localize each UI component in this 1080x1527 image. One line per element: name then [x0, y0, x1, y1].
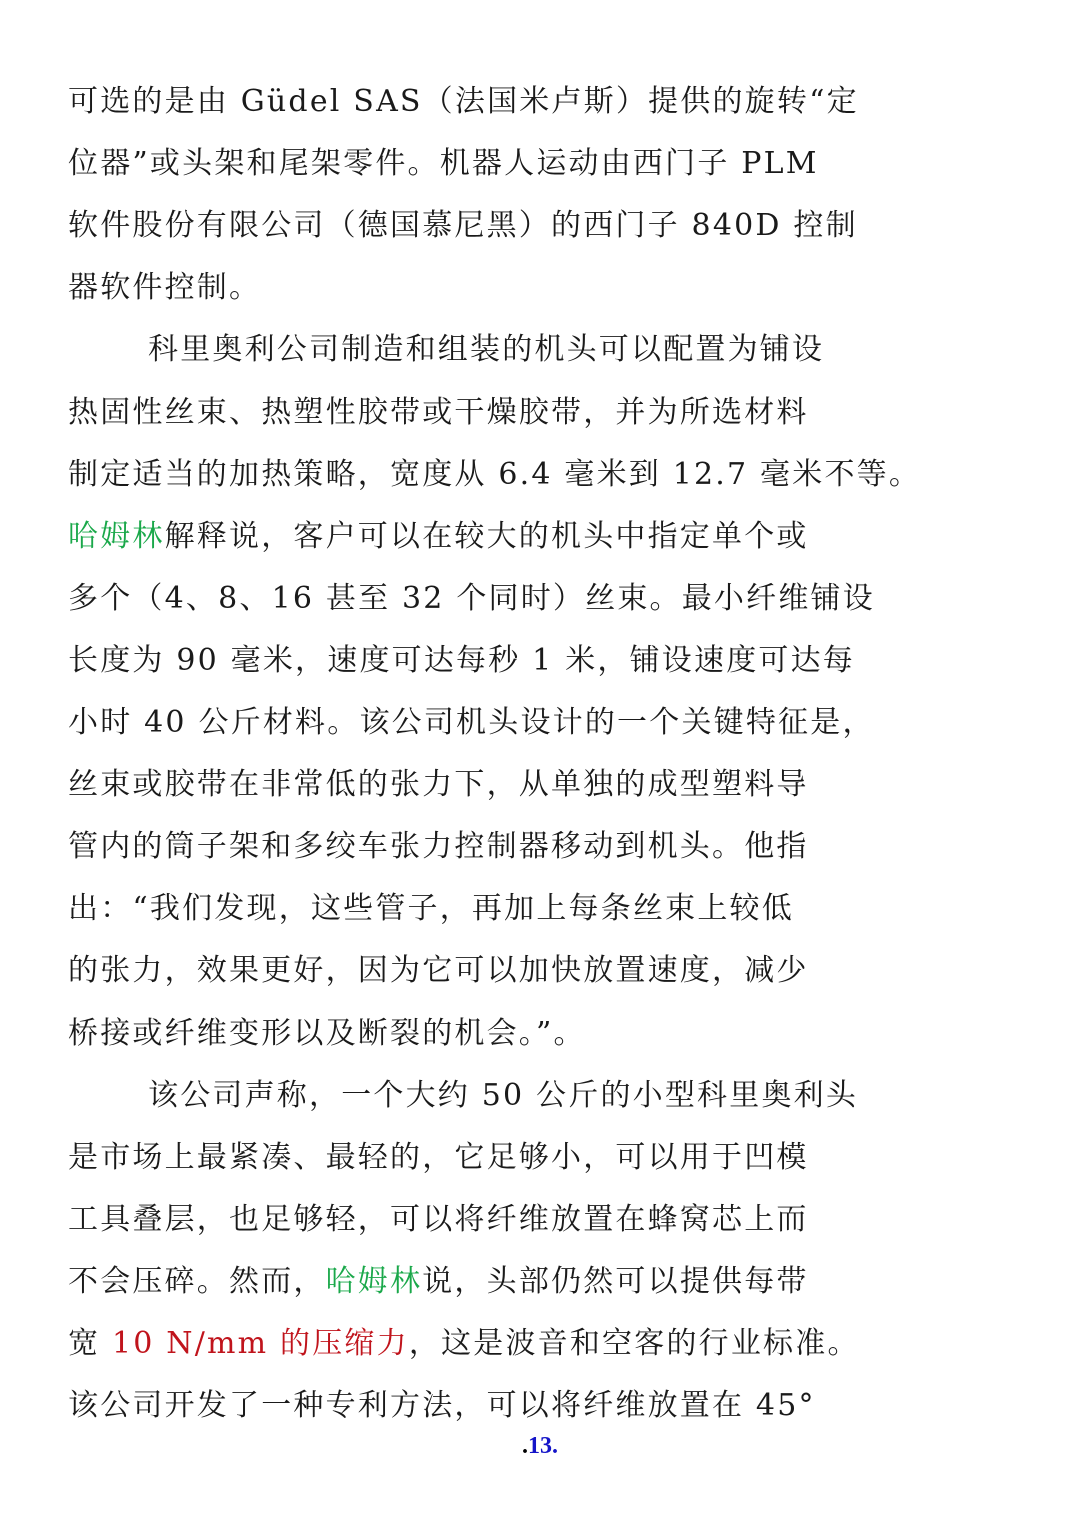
document-page: 可选的是由 Güdel SAS（法国米卢斯）提供的旋转“定位器”或头架和尾架零件… [0, 0, 1080, 1527]
text-segment: 的张力，效果更好，因为它可以加快放置速度，减少 [68, 953, 809, 988]
page-number-value: 13. [528, 1433, 558, 1459]
highlighted-term: 10 N/mm 的压缩力 [112, 1326, 409, 1361]
text-segment: 解释说，客户可以在较大的机头中指定单个或 [165, 519, 809, 554]
text-line: 该公司声称，一个大约 50 公斤的小型科里奥利头 [148, 1074, 858, 1118]
text-line: 软件股份有限公司（德国慕尼黑）的西门子 840D 控制 [68, 204, 858, 248]
page-number: .13. [0, 1430, 1080, 1462]
text-segment: 说，头部仍然可以提供每带 [422, 1264, 808, 1299]
text-segment: 工具叠层，也足够轻，可以将纤维放置在蜂窝芯上而 [68, 1202, 809, 1237]
text-segment: 出：“我们发现，这些管子，再加上每条丝束上较低 [68, 891, 794, 926]
text-segment: 制定适当的加热策略，宽度从 6.4 毫米到 12.7 毫米不等。 [68, 457, 921, 492]
text-line: 科里奥利公司制造和组装的机头可以配置为铺设 [148, 328, 824, 372]
text-segment: 软件股份有限公司（德国慕尼黑）的西门子 840D 控制 [68, 208, 858, 243]
text-segment: 热固性丝束、热塑性胶带或干燥胶带，并为所选材料 [68, 395, 809, 430]
text-line: 的张力，效果更好，因为它可以加快放置速度，减少 [68, 949, 809, 993]
text-line: 小时 40 公斤材料。该公司机头设计的一个关键特征是， [68, 701, 875, 745]
text-line: 长度为 90 毫米，速度可达每秒 1 米，铺设速度可达每 [68, 639, 855, 683]
text-segment: 不会压碎。然而， [68, 1264, 326, 1299]
text-segment: 器软件控制。 [68, 270, 261, 305]
text-segment: 该公司声称，一个大约 50 公斤的小型科里奥利头 [148, 1078, 858, 1113]
text-line: 多个（4、8、16 甚至 32 个同时）丝束。最小纤维铺设 [68, 577, 875, 621]
text-line: 管内的筒子架和多绞车张力控制器移动到机头。他指 [68, 825, 809, 869]
text-line: 宽 10 N/mm 的压缩力，这是波音和空客的行业标准。 [68, 1322, 860, 1366]
text-line: 出：“我们发现，这些管子，再加上每条丝束上较低 [68, 887, 794, 931]
highlighted-name: 哈姆林 [68, 519, 165, 554]
text-segment: ，这是波音和空客的行业标准。 [409, 1326, 860, 1361]
text-segment: 是市场上最紧凑、最轻的，它足够小，可以用于凹模 [68, 1140, 809, 1175]
text-segment: 丝束或胶带在非常低的张力下，从单独的成型塑料导 [68, 767, 809, 802]
text-line: 位器”或头架和尾架零件。机器人运动由西门子 PLM [68, 142, 819, 186]
text-line: 桥接或纤维变形以及断裂的机会。”。 [68, 1012, 586, 1056]
text-line: 热固性丝束、热塑性胶带或干燥胶带，并为所选材料 [68, 391, 809, 435]
text-line: 不会压碎。然而，哈姆林说，头部仍然可以提供每带 [68, 1260, 809, 1304]
text-line: 丝束或胶带在非常低的张力下，从单独的成型塑料导 [68, 763, 809, 807]
text-line: 该公司开发了一种专利方法，可以将纤维放置在 45° [68, 1384, 816, 1428]
text-segment: 桥接或纤维变形以及断裂的机会。”。 [68, 1016, 586, 1051]
text-segment: 长度为 90 毫米，速度可达每秒 1 米，铺设速度可达每 [68, 643, 855, 678]
text-line: 可选的是由 Güdel SAS（法国米卢斯）提供的旋转“定 [68, 80, 859, 124]
text-line: 器软件控制。 [68, 266, 261, 310]
text-segment: 小时 40 公斤材料。该公司机头设计的一个关键特征是， [68, 705, 875, 740]
text-segment: 该公司开发了一种专利方法，可以将纤维放置在 45° [68, 1388, 816, 1423]
text-segment: 科里奥利公司制造和组装的机头可以配置为铺设 [148, 332, 824, 367]
text-line: 工具叠层，也足够轻，可以将纤维放置在蜂窝芯上而 [68, 1198, 809, 1242]
text-segment: 多个（4、8、16 甚至 32 个同时）丝束。最小纤维铺设 [68, 581, 875, 616]
text-line: 是市场上最紧凑、最轻的，它足够小，可以用于凹模 [68, 1136, 809, 1180]
text-segment: 位器”或头架和尾架零件。机器人运动由西门子 PLM [68, 146, 819, 181]
text-segment: 可选的是由 Güdel SAS（法国米卢斯）提供的旋转“定 [68, 84, 859, 119]
text-segment: 管内的筒子架和多绞车张力控制器移动到机头。他指 [68, 829, 809, 864]
text-segment: 宽 [68, 1326, 112, 1361]
highlighted-name: 哈姆林 [326, 1264, 423, 1299]
text-line: 哈姆林解释说，客户可以在较大的机头中指定单个或 [68, 515, 809, 559]
text-line: 制定适当的加热策略，宽度从 6.4 毫米到 12.7 毫米不等。 [68, 453, 921, 497]
